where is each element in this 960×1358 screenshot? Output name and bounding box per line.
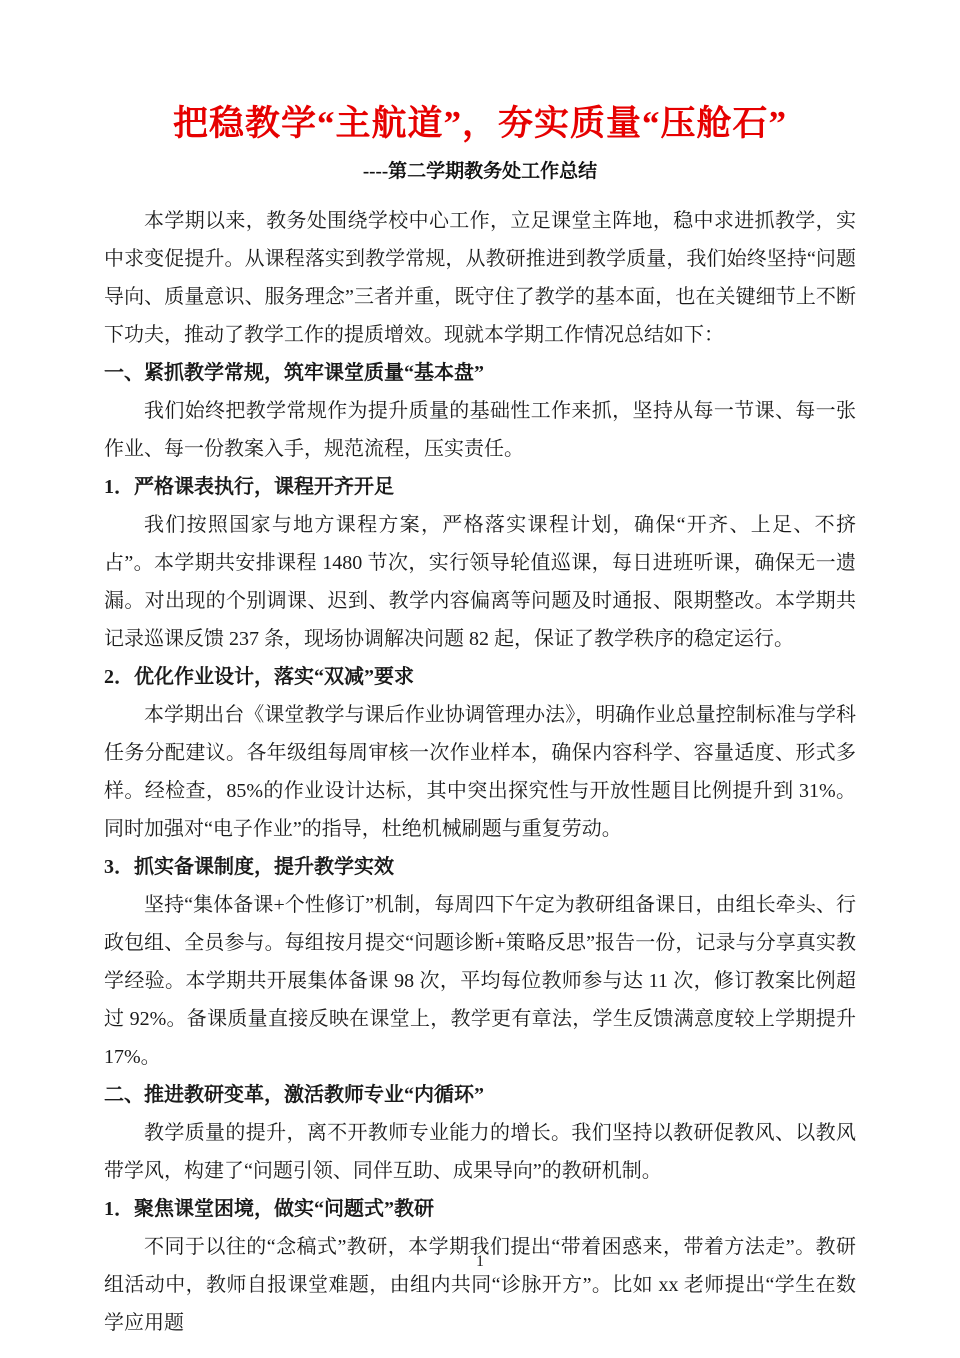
document-content: 把稳教学“主航道”，夯实质量“压舱石” ----第二学期教务处工作总结 本学期以… [104,102,856,1342]
section-2-paragraph: 教学质量的提升，离不开教师专业能力的增长。我们坚持以教研促教风、以教风带学风，构… [104,1114,856,1190]
section-1-heading: 一、紧抓教学常规，筑牢课堂质量“基本盘” [104,354,856,392]
section-1-sub-2-paragraph: 本学期出台《课堂教学与课后作业协调管理办法》，明确作业总量控制标准与学科任务分配… [104,696,856,848]
section-1-paragraph: 我们始终把教学常规作为提升质量的基础性工作来抓，坚持从每一节课、每一张作业、每一… [104,392,856,468]
page-number: 1 [0,1252,960,1272]
section-2-sub-1-paragraph: 不同于以往的“念稿式”教研，本学期我们提出“带着困惑来，带着方法走”。教研组活动… [104,1228,856,1342]
section-1-sub-3-heading: 3．抓实备课制度，提升教学实效 [104,848,856,886]
section-1-sub-1-paragraph: 我们按照国家与地方课程方案，严格落实课程计划，确保“开齐、上足、不挤占”。本学期… [104,506,856,658]
section-1-sub-1-heading: 1．严格课表执行，课程开齐开足 [104,468,856,506]
section-2-sub-1-heading: 1．聚焦课堂困境，做实“问题式”教研 [104,1190,856,1228]
document-title: 把稳教学“主航道”，夯实质量“压舱石” [104,102,856,146]
document-subtitle: ----第二学期教务处工作总结 [104,160,856,184]
intro-paragraph: 本学期以来，教务处围绕学校中心工作，立足课堂主阵地，稳中求进抓教学，实中求变促提… [104,202,856,354]
document-page: 把稳教学“主航道”，夯实质量“压舱石” ----第二学期教务处工作总结 本学期以… [0,0,960,1358]
section-2-heading: 二、推进教研变革，激活教师专业“内循环” [104,1076,856,1114]
section-1-sub-2-heading: 2．优化作业设计，落实“双减”要求 [104,658,856,696]
section-1-sub-3-paragraph: 坚持“集体备课+个性修订”机制，每周四下午定为教研组备课日，由组长牵头、行政包组… [104,886,856,1076]
